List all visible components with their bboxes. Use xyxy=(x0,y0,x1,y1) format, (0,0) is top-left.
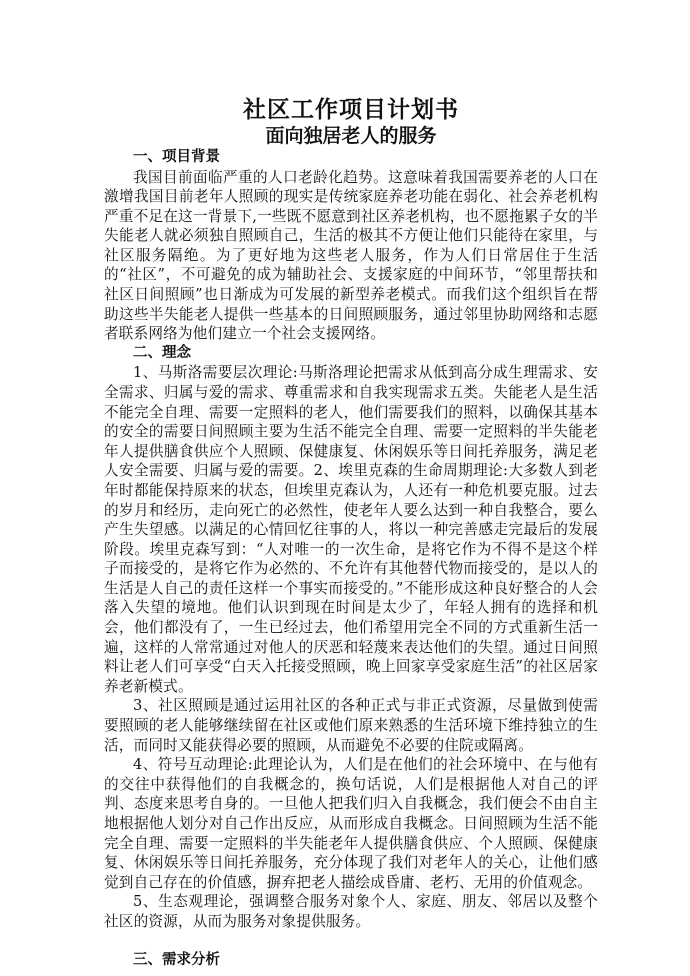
document-subtitle: 面向独居老人的服务 xyxy=(104,124,598,148)
paragraph: 3、社区照顾是通过运用社区的各种正式与非正式资源，尽量做到使需要照顾的老人能够继… xyxy=(104,696,598,755)
section-heading: 一、项目背景 xyxy=(104,148,598,168)
section-needs-analysis: 三、需求分析 xyxy=(104,951,598,971)
paragraph: 4、符号互动理论:此理论认为，人们是在他们的社会环境中、在与他有的交往中获得他们… xyxy=(104,755,598,892)
spacer xyxy=(104,932,598,951)
section-background: 一、项目背景 我国目前面临严重的人口老龄化趋势。这意味着我国需要养老的人口在激增… xyxy=(104,148,598,344)
section-heading: 三、需求分析 xyxy=(104,951,598,971)
document-title: 社区工作项目计划书 xyxy=(104,96,598,124)
document-page: 社区工作项目计划书 面向独居老人的服务 一、项目背景 我国目前面临严重的人口老龄… xyxy=(104,96,598,970)
section-concepts: 二、理念 1、马斯洛需要层次理论:马斯洛理论把需求从低到高分成生理需求、安全需求… xyxy=(104,344,598,932)
paragraph: 5、生态观理论，强调整合服务对象个人、家庭、朋友、邻居以及整个社区的资源，从而为… xyxy=(104,892,598,931)
paragraph: 我国目前面临严重的人口老龄化趋势。这意味着我国需要养老的人口在激增我国目前老年人… xyxy=(104,168,598,344)
section-heading: 二、理念 xyxy=(104,344,598,364)
paragraph: 1、马斯洛需要层次理论:马斯洛理论把需求从低到高分成生理需求、安全需求、归属与爱… xyxy=(104,363,598,696)
